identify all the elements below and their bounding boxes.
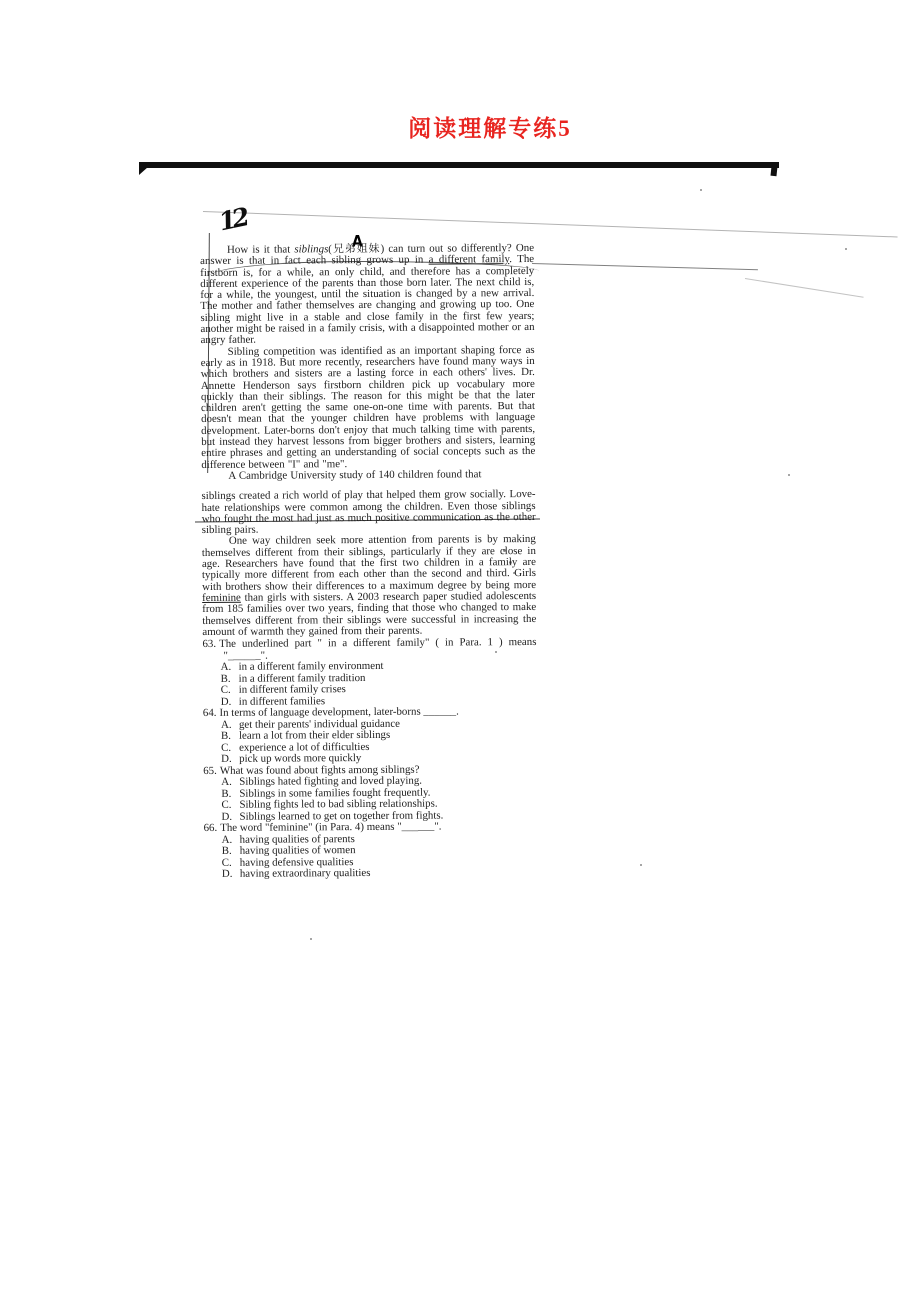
scan-page-edge — [532, 263, 758, 270]
option-label: C. — [221, 800, 239, 812]
option-label: A. — [221, 662, 239, 674]
scanned-passage: How is it that siblings(兄弟姐妹) can turn o… — [200, 243, 538, 881]
scan-top-border-tick — [770, 166, 777, 177]
passage-text: A Cambridge University study of 140 chil… — [228, 468, 481, 482]
passage-paragraph: A Cambridge University study of 140 chil… — [201, 469, 535, 482]
ink-speck — [788, 474, 790, 476]
scan-scratch-line — [745, 278, 864, 298]
passage-paragraph: Sibling competition was identified as an… — [201, 345, 536, 471]
handwritten-page-mark: 12 — [217, 205, 248, 234]
scan-top-border — [139, 162, 779, 168]
option-label: D. — [221, 754, 239, 766]
option-label: C. — [221, 685, 239, 697]
passage-text: One way children seek more attention fro… — [202, 533, 536, 592]
option-label: A. — [221, 777, 239, 789]
question-number: 64. — [203, 707, 220, 719]
passage-text: . The firstborn is, for a while, an only… — [200, 253, 534, 346]
question-64: 64.In terms of language development, lat… — [203, 706, 537, 766]
page-title: 阅读理解专练5 — [30, 110, 920, 143]
passage-body: How is it that siblings(兄弟姐妹) can turn o… — [200, 243, 536, 638]
option-label: B. — [222, 846, 240, 858]
scan-top-border-corner — [139, 167, 148, 175]
option-label: B. — [221, 731, 239, 743]
question-66: 66.The word "feminine" (in Para. 4) mean… — [204, 821, 538, 881]
question-65: 65.What was found about fights among sib… — [203, 764, 537, 824]
ink-speck — [845, 248, 847, 250]
scan-scratch-line — [203, 211, 898, 237]
question-number: 63. — [202, 638, 219, 650]
question-stem: 63.The underlined part " in a different … — [202, 637, 536, 662]
question-number: 65. — [203, 764, 220, 776]
passage-paragraph: siblings created a rich world of play th… — [202, 489, 536, 536]
passage-text: Sibling competition was identified as an… — [201, 344, 536, 471]
ink-speck — [700, 189, 702, 191]
passage-text: siblings created a rich world of play th… — [201, 488, 535, 536]
passage-paragraph: One way children seek more attention fro… — [202, 534, 537, 638]
questions-list: 63.The underlined part " in a different … — [202, 637, 537, 881]
passage-paragraph: How is it that siblings(兄弟姐妹) can turn o… — [200, 243, 535, 347]
option-label: D. — [222, 869, 240, 881]
question-number: 66. — [204, 822, 221, 834]
option-D: D.having extraordinary qualities — [204, 867, 538, 881]
ink-speck — [310, 938, 312, 940]
question-63: 63.The underlined part " in a different … — [202, 637, 536, 708]
passage-text: than girls with sisters. A 2003 research… — [202, 590, 536, 638]
ink-speck — [640, 864, 642, 866]
